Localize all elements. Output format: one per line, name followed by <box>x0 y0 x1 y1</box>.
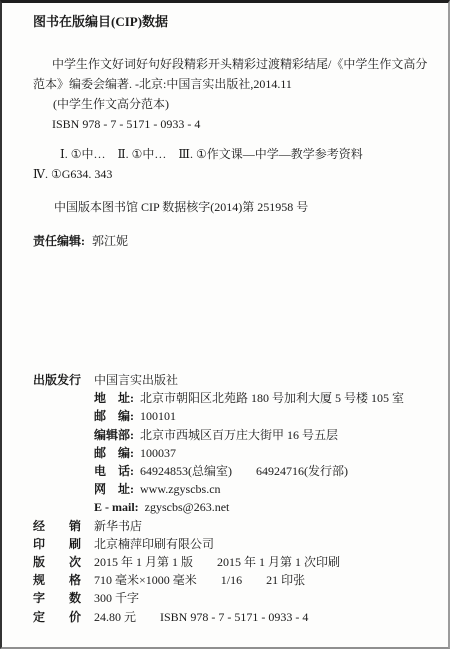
format-row: 规格 710 毫米×1000 毫米 1/16 21 印张 <box>33 571 434 589</box>
postcode2-row: 邮 编:100037 <box>33 444 434 462</box>
format-value: 710 毫米×1000 毫米 1/16 21 印张 <box>94 571 305 589</box>
word-count-value: 300 千字 <box>94 589 139 607</box>
edition-row: 版次 2015 年 1 月第 1 版 2015 年 1 月第 1 次印刷 <box>33 553 434 571</box>
publisher-name: 中国言实出版社 <box>94 371 178 389</box>
website-label: 网 址: <box>94 482 134 496</box>
distributor-label: 经销 <box>33 517 81 535</box>
editorial-dept-value: 北京市西城区百万庄大街甲 16 号五层 <box>140 428 338 442</box>
edition-label: 版次 <box>33 553 81 571</box>
cip-record-number: 中国版本图书馆 CIP 数据核字(2014)第 251958 号 <box>33 197 434 217</box>
price-value: 24.80 元 ISBN 978 - 7 - 5171 - 0933 - 4 <box>94 608 308 626</box>
website-value: www.zgyscbs.cn <box>140 482 221 496</box>
printer-row: 印刷 北京楠萍印刷有限公司 <box>33 535 434 553</box>
book-title-line-2: 范本》编委会编著. -北京:中国言实出版社,2014.11 <box>33 74 434 94</box>
address-value: 北京市朝阳区北苑路 180 号加利大厦 5 号楼 105 室 <box>140 391 404 405</box>
publication-info-block: 出版发行 中国言实出版社 地 址:北京市朝阳区北苑路 180 号加利大厦 5 号… <box>33 371 434 626</box>
editorial-dept-row: 编辑部:北京市西城区百万庄大街甲 16 号五层 <box>33 426 434 444</box>
postcode-value: 100101 <box>140 409 176 423</box>
distributor-row: 经销 新华书店 <box>33 517 434 535</box>
cip-data-block: 图书在版编目(CIP)数据 中学生作文好词好句好段精彩开头精彩过渡精彩结尾/《中… <box>33 13 434 217</box>
responsible-editor-line: 责任编辑:郭江妮 <box>33 231 434 251</box>
word-count-row: 字数 300 千字 <box>33 589 434 607</box>
printer-label: 印刷 <box>33 535 81 553</box>
phone-row: 电 话:64924853(总编室) 64924716(发行部) <box>33 462 434 480</box>
price-label: 定价 <box>33 608 81 626</box>
classification-line-2: Ⅳ. ①G634. 343 <box>33 164 434 184</box>
publisher-row: 出版发行 中国言实出版社 <box>33 371 434 389</box>
editorial-dept-label: 编辑部: <box>94 428 134 442</box>
postcode-row: 邮 编:100101 <box>33 407 434 425</box>
postcode2-label: 邮 编: <box>94 446 134 460</box>
publisher-label: 出版发行 <box>33 371 81 389</box>
word-count-label: 字数 <box>33 589 81 607</box>
postcode2-value: 100037 <box>140 446 176 460</box>
edition-value: 2015 年 1 月第 1 版 2015 年 1 月第 1 次印刷 <box>94 553 340 571</box>
email-row: E - mail:zgyscbs@263.net <box>33 498 434 516</box>
responsible-editor-label: 责任编辑: <box>33 234 85 248</box>
cip-title-block: 中学生作文好词好句好段精彩开头精彩过渡精彩结尾/《中学生作文高分 范本》编委会编… <box>33 54 434 134</box>
distributor-value: 新华书店 <box>94 517 142 535</box>
email-value: zgyscbs@263.net <box>145 500 230 514</box>
cip-header: 图书在版编目(CIP)数据 <box>33 13 434 31</box>
book-title-line-1: 中学生作文好词好句好段精彩开头精彩过渡精彩结尾/《中学生作文高分 <box>33 54 434 74</box>
price-row: 定价 24.80 元 ISBN 978 - 7 - 5171 - 0933 - … <box>33 608 434 626</box>
email-label: E - mail: <box>94 500 139 514</box>
isbn-line: ISBN 978 - 7 - 5171 - 0933 - 4 <box>33 114 434 134</box>
copyright-page: 图书在版编目(CIP)数据 中学生作文好词好句好段精彩开头精彩过渡精彩结尾/《中… <box>0 0 450 649</box>
address-row: 地 址:北京市朝阳区北苑路 180 号加利大厦 5 号楼 105 室 <box>33 389 434 407</box>
phone-label: 电 话: <box>94 464 134 478</box>
classification-line-1: Ⅰ. ①中… Ⅱ. ①中… Ⅲ. ①作文课—中学—教学参考资料 <box>33 144 434 164</box>
website-row: 网 址:www.zgyscbs.cn <box>33 480 434 498</box>
responsible-editor-name: 郭江妮 <box>92 234 128 248</box>
format-label: 规格 <box>33 571 81 589</box>
series-title: (中学生作文高分范本) <box>33 94 434 114</box>
printer-value: 北京楠萍印刷有限公司 <box>94 535 214 553</box>
phone-value: 64924853(总编室) 64924716(发行部) <box>140 464 348 478</box>
address-label: 地 址: <box>94 391 134 405</box>
postcode-label: 邮 编: <box>94 409 134 423</box>
